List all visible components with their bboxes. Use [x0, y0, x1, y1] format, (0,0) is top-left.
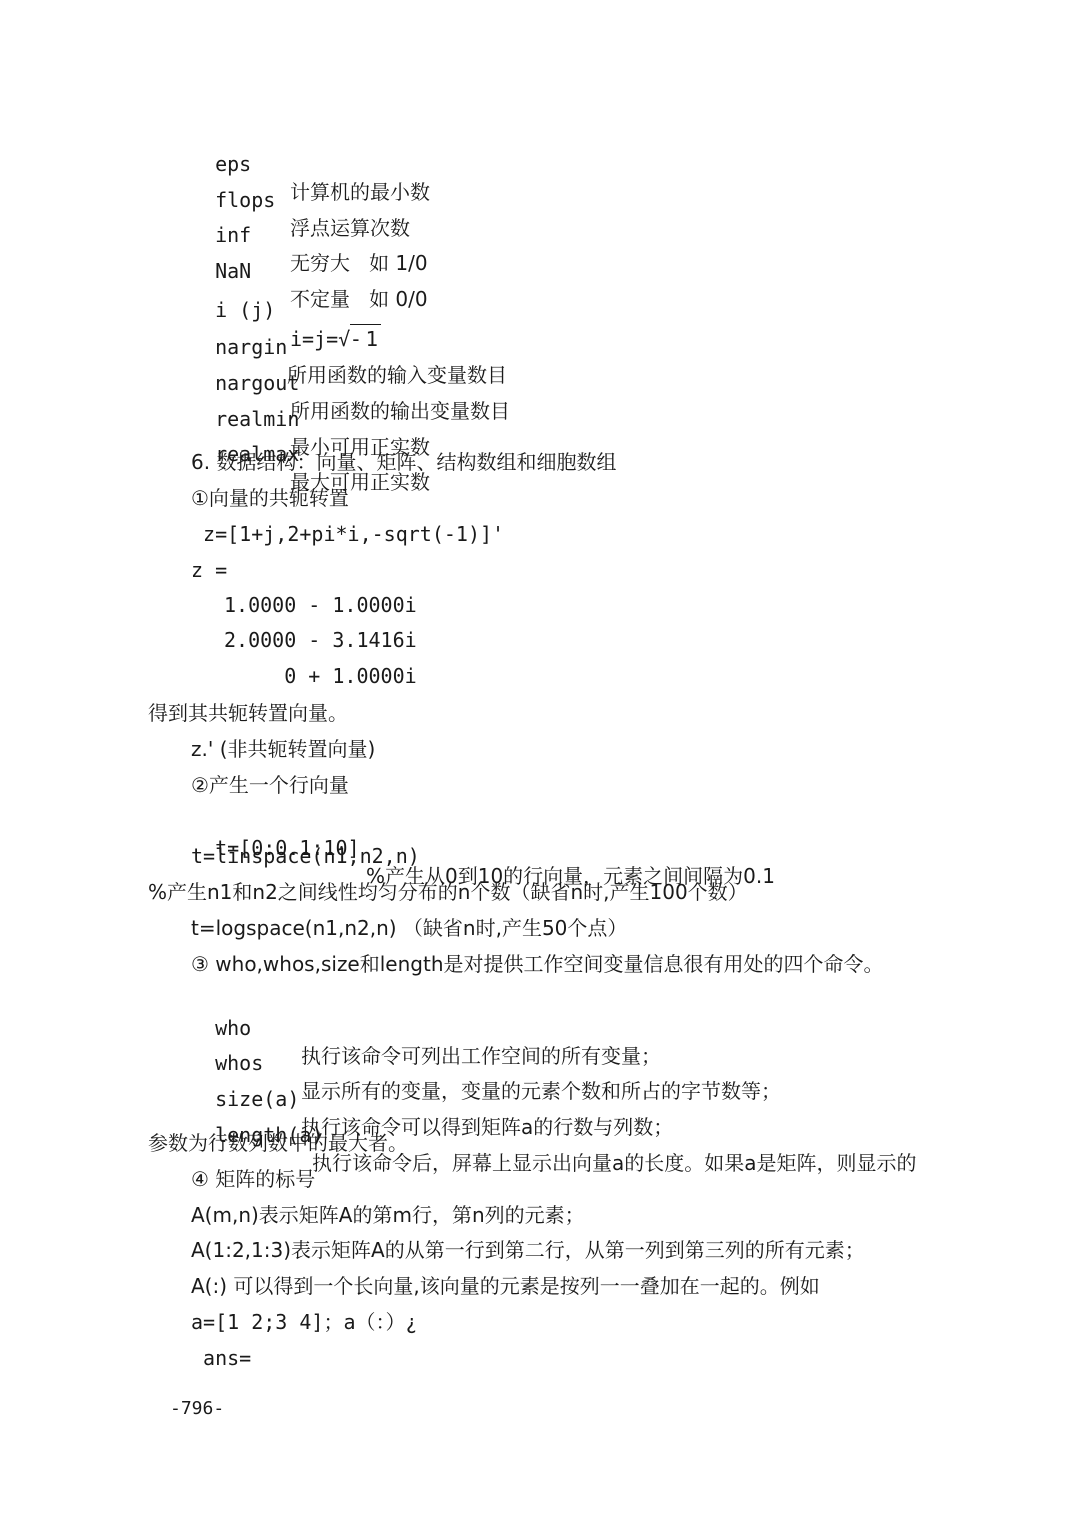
subsection-title-1: ①向量的共轭转置 [191, 484, 349, 512]
paragraph-text: 参数为行数列数中的最大者。 [148, 1129, 408, 1157]
sqrt-symbol: √- 1 [338, 324, 380, 353]
page-number: -796- [170, 1398, 224, 1419]
code-comment: %产生n1和n2之间线性均匀分布的n个数（缺省n时,产生100个数） [148, 878, 748, 906]
constant-desc: i=j=√- 1 [290, 324, 381, 353]
code-line: t=logspace(n1,n2,n) （缺省n时,产生50个点） [191, 914, 627, 942]
constant-desc: 所用函数的输出变量数目 [290, 397, 510, 425]
command-desc: 显示所有的变量，变量的元素个数和所占的字节数等； [301, 1077, 781, 1105]
output-row: 1.0000 - 1.0000i [224, 591, 417, 619]
constant-desc: 所用函数的输入变量数目 [287, 361, 507, 389]
paragraph-text: A(:) 可以得到一个长向量,该向量的元素是按列一一叠加在一起的。例如 [191, 1272, 820, 1300]
sqrt-argument: - 1 [350, 324, 380, 353]
command-desc: 执行该命令可列出工作空间的所有变量； [301, 1042, 661, 1070]
code-line: t=linspace(n1,n2,n) [191, 842, 420, 870]
constant-desc: 无穷大 如 1/0 [290, 249, 428, 277]
paragraph-text: A(m,n)表示矩阵A的第m行，第n列的元素； [191, 1201, 585, 1229]
constant-desc: 计算机的最小数 [290, 178, 430, 206]
constant-desc: 不定量 如 0/0 [290, 285, 428, 313]
output-label: z = [191, 556, 227, 584]
paragraph-text: A(1:2,1:3)表示矩阵A的从第一行到第二行，从第一列到第三列的所有元素； [191, 1236, 865, 1264]
subsection-title-2: ②产生一个行向量 [191, 771, 349, 799]
paragraph-text: 得到其共轭转置向量。 [148, 699, 348, 727]
code-line: z=[1+j,2+pi*i,-sqrt(-1)]' [191, 520, 504, 548]
output-row: 2.0000 - 3.1416i [224, 626, 417, 654]
paragraph-text: z.' (非共轭转置向量) [191, 735, 375, 763]
subsection-title-3: ③ who,whos,size和length是对提供工作空间变量信息很有用处的四… [191, 950, 884, 978]
constant-desc: 浮点运算次数 [290, 214, 410, 242]
output-row: 0 + 1.0000i [224, 662, 417, 690]
code-line: a=[1 2;3 4]；a（：）¿ [191, 1308, 418, 1336]
section-heading: 6. 数据结构：向量、矩阵、结构数组和细胞数组 [191, 448, 616, 476]
subsection-title-4: ④ 矩阵的标号 [191, 1165, 315, 1193]
code-line: ans= [191, 1344, 251, 1372]
